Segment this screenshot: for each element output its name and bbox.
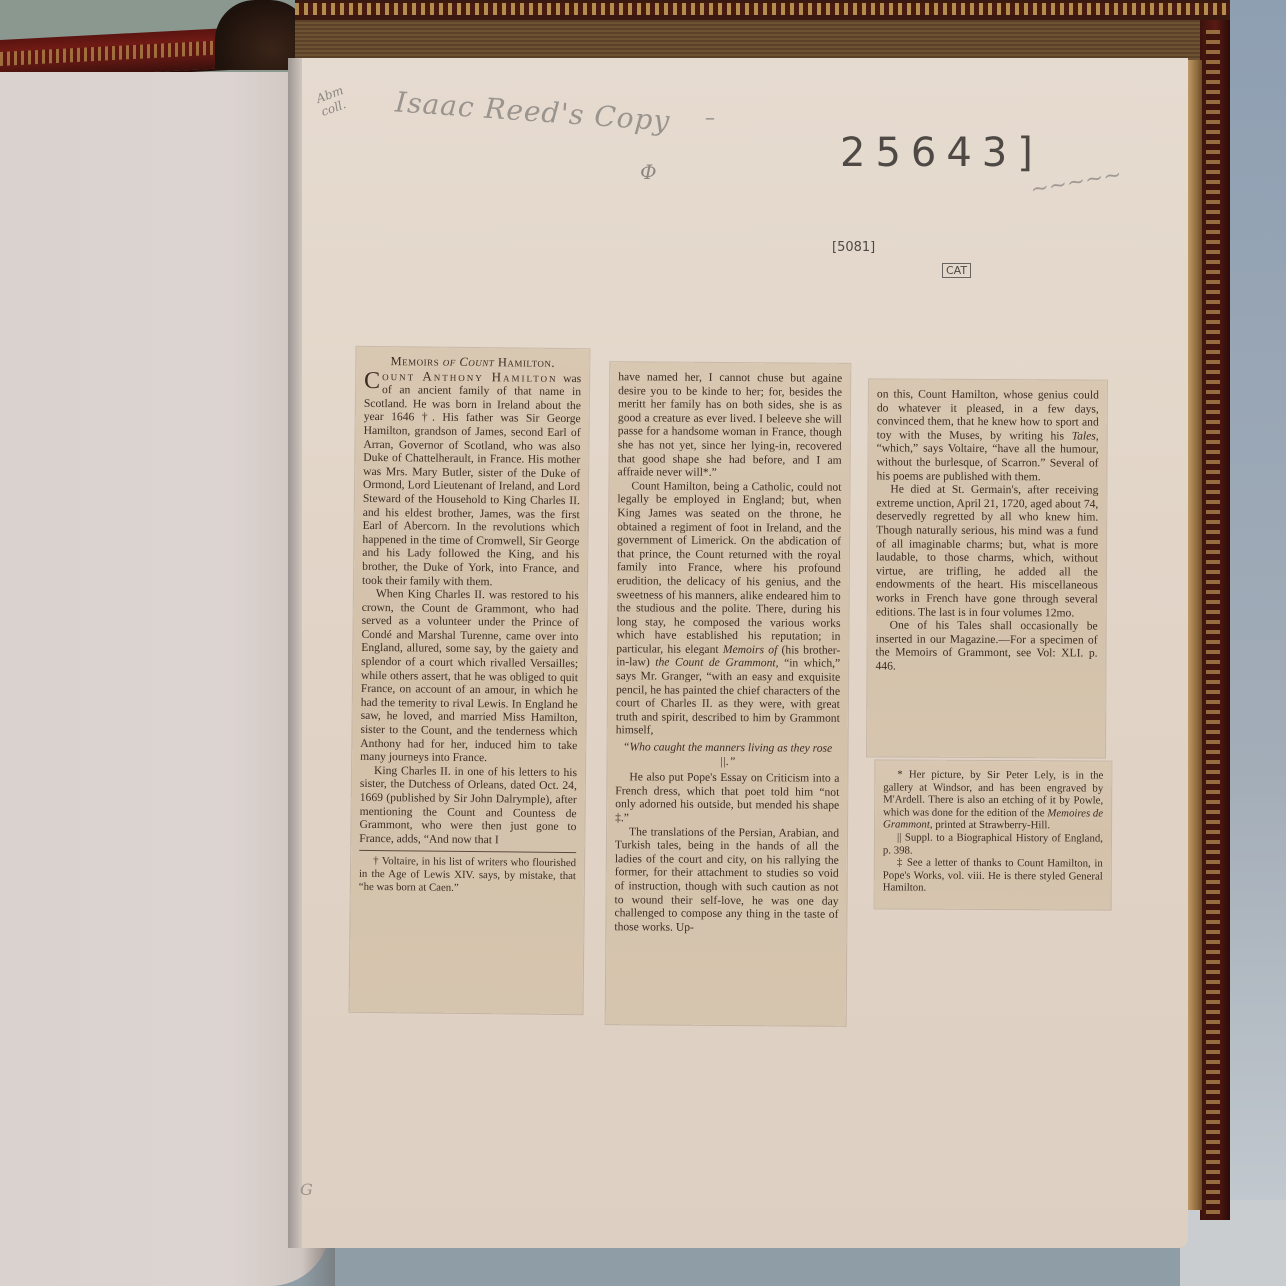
gilt-fore-edge — [1186, 60, 1202, 1210]
italic-title: Tales, — [1072, 429, 1099, 442]
top-cover-board — [295, 0, 1230, 20]
article-paragraph: have named her, I cannot chuse but again… — [617, 370, 842, 480]
paragraph-text: “which,” says Voltaire, “have all the hu… — [876, 442, 1098, 483]
pencil-dash: – — [705, 105, 715, 129]
article-paragraph: When King Charles II. was restored to hi… — [360, 587, 579, 766]
footnote: * Her picture, by Sir Peter Lely, is in … — [883, 768, 1103, 832]
gilt-roll-border — [1206, 30, 1220, 1220]
paragraph-text: on this, Count Hamilton, whose genius co… — [877, 387, 1099, 441]
footnote: ‡ See a letter of thanks to Count Hamilt… — [883, 857, 1103, 896]
article-paragraph: The translations of the Persian, Arabian… — [614, 825, 839, 935]
article-paragraph: One of his Tales shall occasionally be i… — [875, 619, 1097, 675]
clipping-column-1: Memoirs of Count Hamilton. Count Anthony… — [350, 347, 590, 1014]
gutter — [288, 58, 302, 1248]
backdrop-cloth-right — [1228, 0, 1286, 1286]
italic-title: the Count de Grammont, — [655, 656, 778, 670]
pencil-left-margin-mark: G — [300, 1180, 313, 1199]
paragraph-text: by writing his — [990, 429, 1064, 442]
title-name: Hamilton. — [498, 355, 555, 370]
title-italic: of Count — [443, 355, 495, 370]
clipping-column-3: on this, Count Hamilton, whose genius co… — [867, 379, 1107, 757]
gilt-head-edge — [295, 20, 1215, 62]
lead-caps: ount Anthony Hamilton — [382, 368, 558, 385]
gilt-roll-border — [295, 3, 1230, 15]
footnote: † Voltaire, in his list of writers who f… — [359, 855, 576, 895]
pencil-reference: [5081] — [832, 240, 875, 255]
article-paragraph: on this, Count Hamilton, whose genius co… — [876, 387, 1098, 483]
clipping-column-2: have named her, I cannot chuse but again… — [606, 362, 851, 1026]
clipping-footnotes: * Her picture, by Sir Peter Lely, is in … — [875, 760, 1112, 909]
pencil-catalog-number: 25643] — [840, 130, 1043, 176]
footnote-divider — [359, 850, 576, 853]
right-cover-turn-in — [1200, 20, 1230, 1220]
photo-scene: Abm coll. Isaac Reed's Copy – Ф 25643] ~… — [0, 0, 1286, 1286]
left-flyleaf — [0, 72, 330, 1286]
footnote: || Suppl. to a Biographical History of E… — [883, 831, 1103, 857]
article-paragraph: Count Hamilton, being a Catholic, could … — [616, 479, 842, 739]
pencil-mark: Ф — [640, 160, 657, 184]
title-word: Memoirs — [391, 354, 440, 369]
verse-quote: “Who caught the manners living as they r… — [615, 740, 839, 769]
footnote-text: printed at Strawberry-Hill. — [935, 819, 1050, 832]
italic-title: Memoirs of — [723, 643, 778, 656]
pencil-cat-box: CAT — [942, 263, 971, 278]
article-paragraph: He also put Pope's Essay on Criticism in… — [615, 770, 839, 826]
drop-cap: C — [364, 370, 380, 390]
article-paragraph: Count Anthony Hamilton was of an ancient… — [362, 368, 581, 589]
article-paragraph: King Charles II. in one of his letters t… — [359, 764, 577, 848]
article-paragraph: He died at St. Germain's, after receivin… — [876, 483, 1099, 620]
paragraph-text: Count Hamilton, being a Catholic, could … — [616, 479, 841, 656]
paragraph-text: was of an ancient family of that name in… — [362, 372, 581, 588]
book-cradle — [1180, 1200, 1286, 1286]
